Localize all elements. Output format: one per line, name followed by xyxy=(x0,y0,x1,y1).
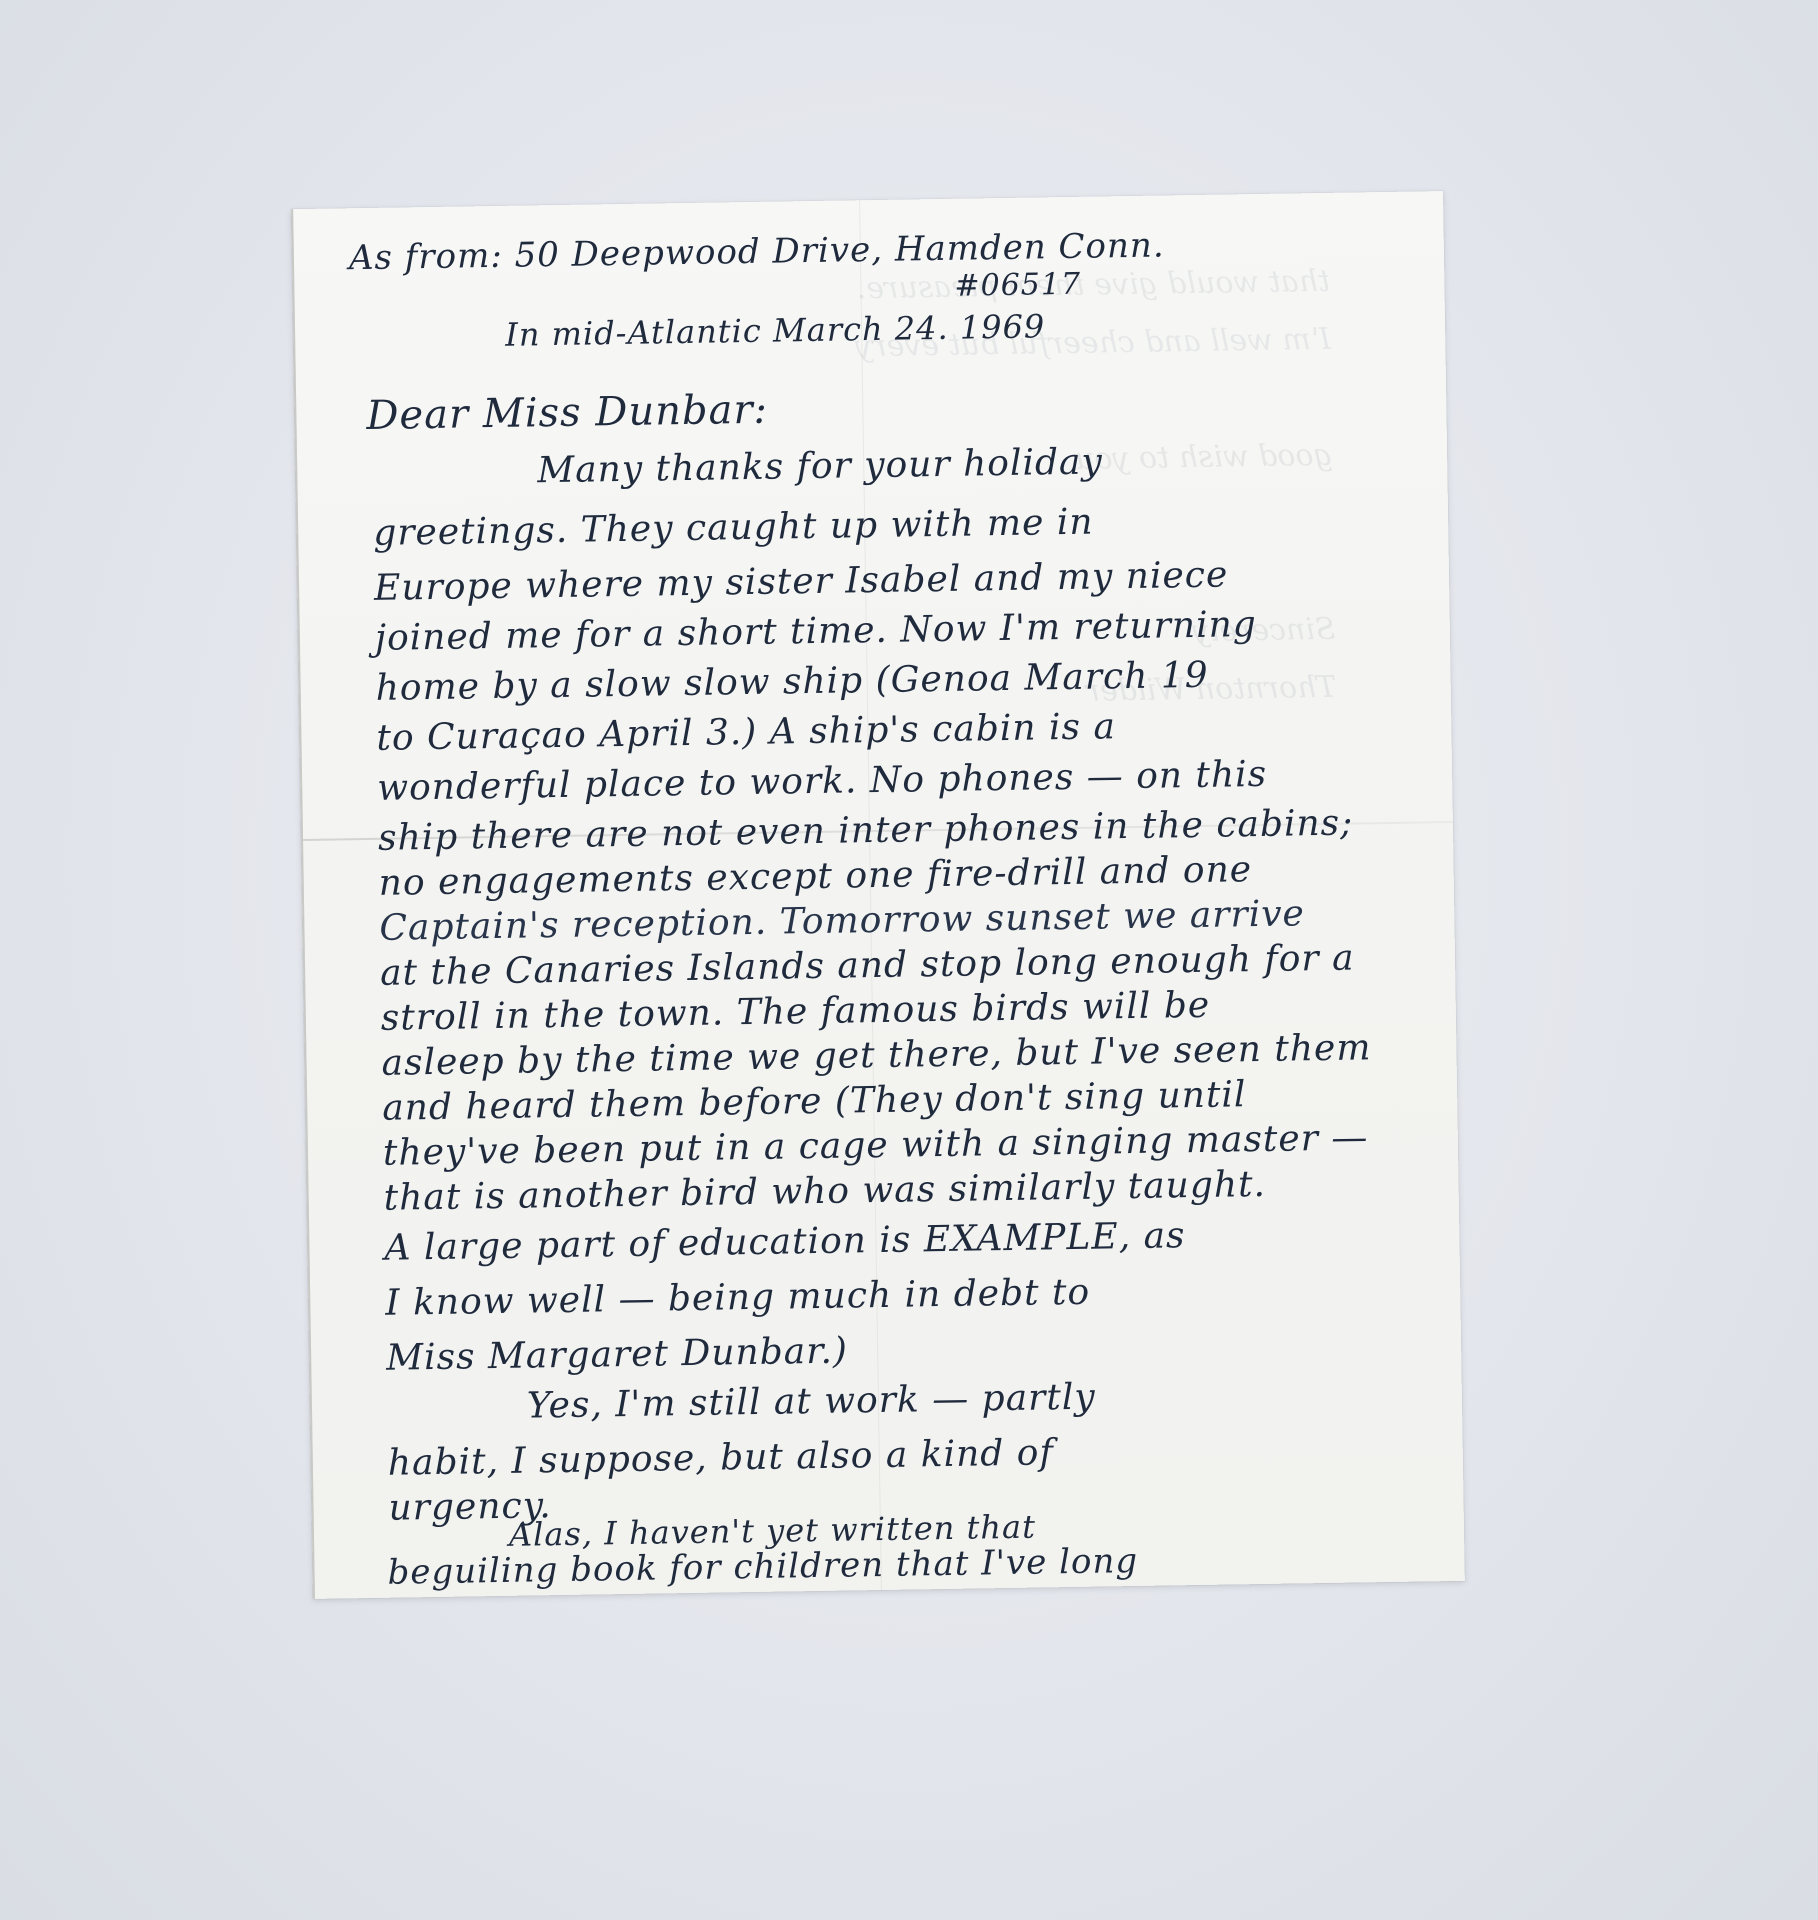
zip-code: #06517 xyxy=(954,267,1081,304)
letter-line: wonderful place to work. No phones — on … xyxy=(377,754,1267,809)
letter-line: A large part of education is EXAMPLE, as xyxy=(384,1215,1186,1269)
letter-line: that is another bird who was similarly t… xyxy=(383,1164,1266,1219)
letter-line: Alas, I haven't yet written that xyxy=(509,1508,1036,1554)
letter-line: to Curaçao April 3.) A ship's cabin is a xyxy=(376,706,1116,759)
letter-line: Europe where my sister Isabel and my nie… xyxy=(374,554,1229,608)
dateline: In mid-Atlantic March 24. 1969 xyxy=(505,307,1046,353)
letter-paper: that would give them pleasure. I'm well … xyxy=(291,191,1465,1599)
letter-line: I know well — being much in debt to xyxy=(385,1272,1090,1324)
letter-line: Many thanks for your holiday xyxy=(537,441,1103,491)
salutation: Dear Miss Dunbar: xyxy=(366,387,768,439)
letter-line: habit, I suppose, but also a kind of xyxy=(388,1432,1054,1483)
letter-line: home by a slow slow ship (Genoa March 19 xyxy=(375,655,1209,709)
letter-line: joined me for a short time. Now I'm retu… xyxy=(375,604,1258,659)
letter-line: Yes, I'm still at work — partly xyxy=(527,1377,1096,1427)
letter-line: stroll in the town. The famous birds wil… xyxy=(381,985,1211,1039)
letter-line: Miss Margaret Dunbar.) xyxy=(386,1331,848,1379)
letter-line: greetings. They caught up with me in xyxy=(373,502,1094,554)
